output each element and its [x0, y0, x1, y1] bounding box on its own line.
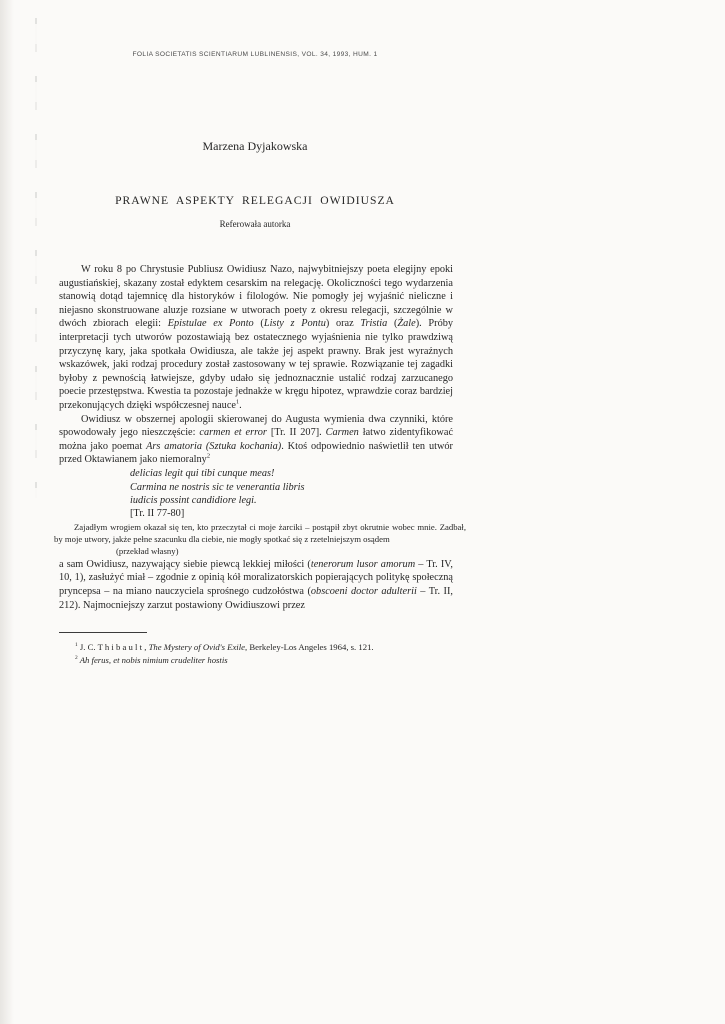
- footnote-divider: [59, 632, 147, 633]
- footnotes: 1 J. C. T h i b a u l t , The Mystery of…: [59, 641, 455, 667]
- paragraph-1: W roku 8 po Chrystusie Publiusz Owidiusz…: [59, 263, 453, 413]
- verse-citation: [Tr. II 77-80]: [130, 507, 453, 520]
- author-name: Marzena Dyjakowska: [55, 139, 455, 154]
- footnote-text: Ah ferus, et nobis nimium crudeliter hos…: [78, 655, 228, 665]
- article-body: W roku 8 po Chrystusie Publiusz Owidiusz…: [59, 263, 453, 612]
- scan-binding-artifact: [35, 18, 37, 498]
- latin-verse: delicias legit qui tibi cunque meas! Car…: [130, 467, 453, 520]
- translation-note: (przekład własny): [54, 545, 466, 557]
- scanned-page: FOLIA SOCIETATIS SCIENTIARUM LUBLINENSIS…: [0, 0, 725, 1024]
- translation-block: Zajadłym wrogiem okazał się ten, kto prz…: [54, 521, 466, 558]
- verse-line: Carmina ne nostris sic te venerantia lib…: [130, 481, 453, 494]
- journal-header: FOLIA SOCIETATIS SCIENTIARUM LUBLINENSIS…: [55, 51, 455, 58]
- footnote-2: 2 Ah ferus, et nobis nimium crudeliter h…: [59, 654, 455, 667]
- article-subtitle: Referowała autorka: [55, 219, 455, 229]
- article-title: PRAWNE ASPEKTY RELEGACJI OWIDIUSZA: [55, 194, 455, 207]
- paragraph-2: Owidiusz w obszernej apologii skierowane…: [59, 413, 453, 467]
- translation-text: Zajadłym wrogiem okazał się ten, kto prz…: [54, 521, 466, 546]
- verse-line: iudicis possint candidiore legi.: [130, 494, 453, 507]
- scan-edge-shadow: [0, 0, 14, 1024]
- verse-line: delicias legit qui tibi cunque meas!: [130, 467, 453, 480]
- paragraph-3: a sam Owidiusz, nazywający siebie piewcą…: [59, 558, 453, 612]
- footnote-1: 1 J. C. T h i b a u l t , The Mystery of…: [59, 641, 455, 654]
- footnote-text: J. C. T h i b a u l t , The Mystery of O…: [78, 642, 374, 652]
